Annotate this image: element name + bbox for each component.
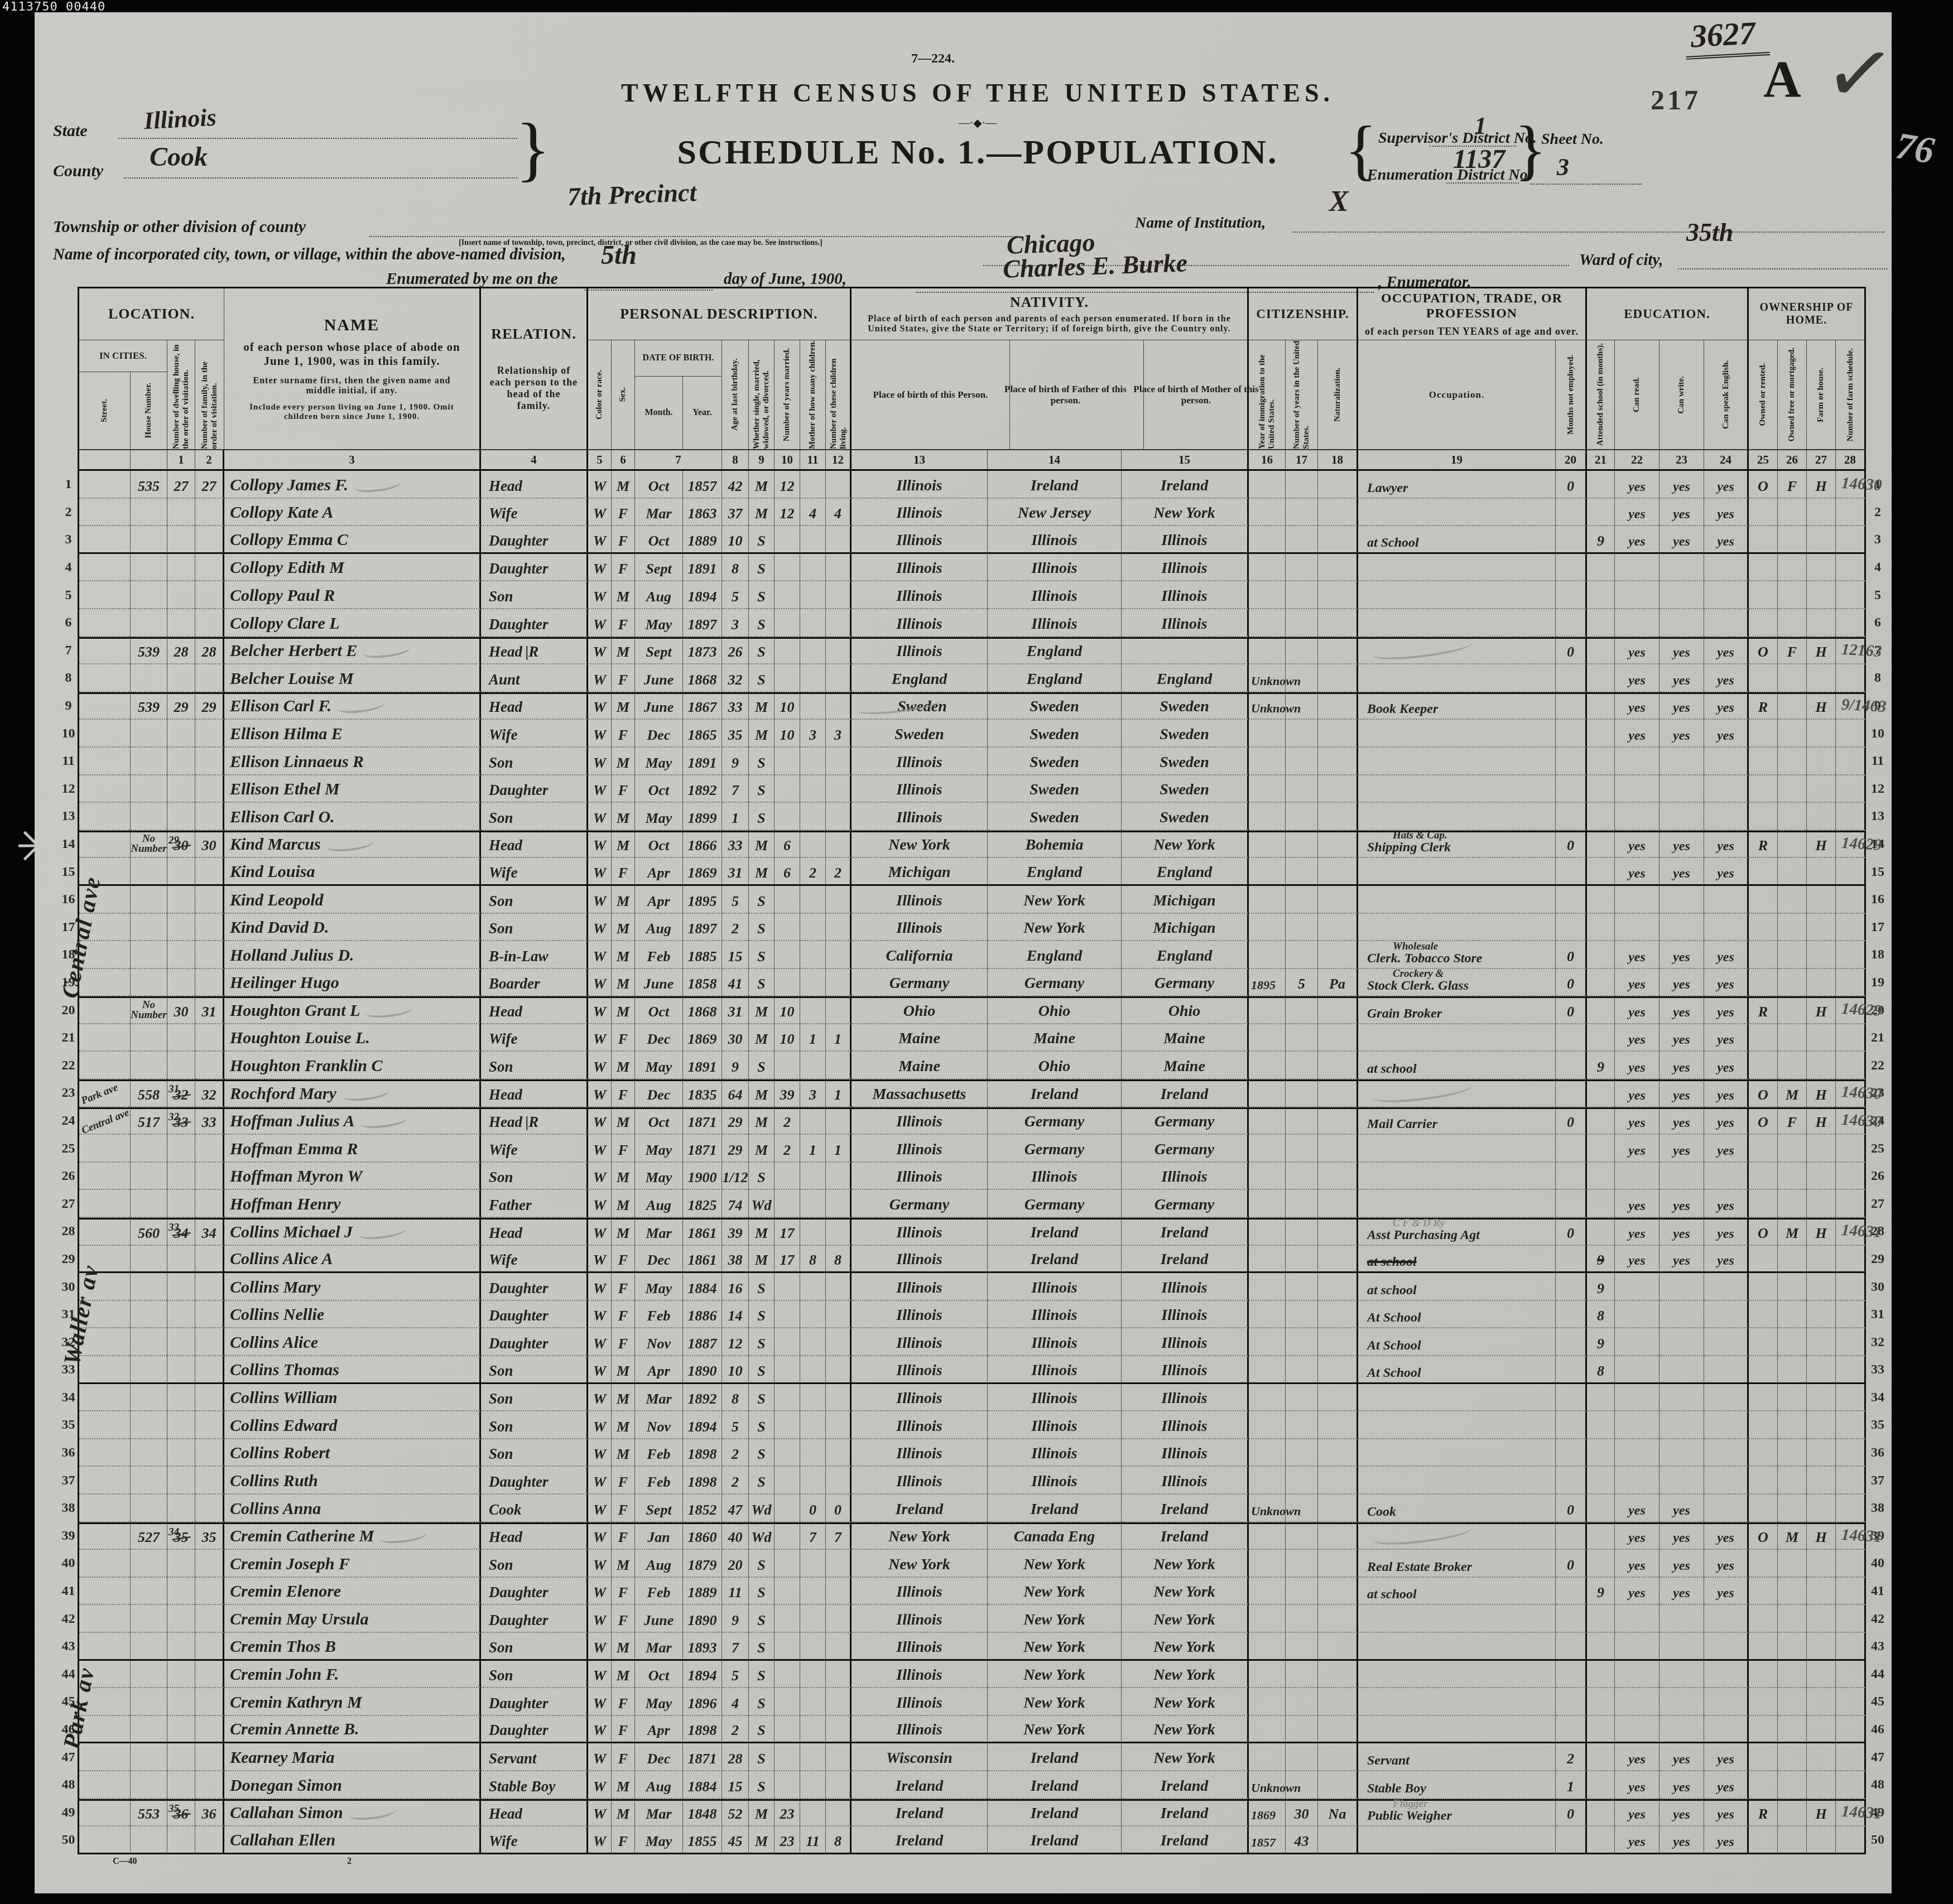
cell-occupation: at school [1358,1052,1556,1079]
cell-birthplace-father: Ireland [988,1743,1122,1771]
cell-years-in-us [1286,1163,1318,1190]
cell-relation: Head |R [481,637,588,665]
cell-sex: M [612,1799,635,1827]
cell-immigration-year [1249,1467,1286,1495]
cell-house-number [131,1633,167,1661]
cell-marital-status: S [749,554,775,582]
owned-rented-col-label: Owned or rented. [1749,340,1778,449]
cell-marital-status: M [749,858,775,886]
cell-color-race: W [588,1328,612,1356]
cell-naturalization [1318,1743,1358,1771]
street-name-diagonal: Central ave [80,1107,131,1137]
cell-birthplace-mother: New York [1122,1743,1249,1771]
cell-house-number [131,886,167,914]
cell-family-number [195,748,224,775]
cell-can-speak-english [1704,914,1749,942]
cell-farm-house [1807,914,1836,942]
cell-can-speak-english: yes [1704,526,1749,554]
attended-school-col-label: Attended school (in months). [1587,340,1615,449]
cell-years-married [775,803,800,831]
cell-family-number [195,720,224,748]
sheet-letter: A [1763,49,1801,109]
column-number: 2 [195,450,224,471]
cell-birth-month: May [635,748,683,775]
cell-age: 4 [722,1688,749,1716]
cell-house-number [131,1661,167,1689]
cell-can-write: yes [1659,1135,1704,1163]
cell-owned-rented [1749,1605,1778,1633]
cell-birthplace-mother: Ireland [1122,1079,1249,1107]
name-group-note1: Enter surname first, then the given name… [240,376,464,396]
cell-family-number [195,1633,224,1661]
cell-family-number [195,1052,224,1079]
cell-years-in-us [1286,1024,1318,1052]
cell-farm-schedule [1836,1495,1866,1522]
cell-dwelling-number [167,720,195,748]
cell-dwelling-number [167,554,195,582]
cell-can-write [1659,1411,1704,1439]
cell-name: Cremin Catherine M [224,1522,481,1550]
row-number-left: 7 [59,637,79,665]
institution-rule [1293,231,1884,233]
cell-farm-house: H [1807,692,1836,720]
cell-mother-of-children [800,1661,826,1689]
cell-birthplace-mother: Ireland [1122,1495,1249,1522]
cell-birth-year: 1884 [683,1273,722,1301]
cell-birth-year: 1899 [683,803,722,831]
cell-family-number [195,1716,224,1744]
cell-age: 12 [722,1328,749,1356]
row-number-left: 9 [59,692,79,720]
row-number-right: 34 [1866,1384,1889,1412]
column-group-education: EDUCATION. [1587,287,1749,340]
cell-family-number: 31 [195,996,224,1024]
row-number-left: 13 [59,803,79,831]
cell-relation: Head [481,1079,588,1107]
scrib [1372,1520,1473,1549]
cell-house-number: NoNumber [131,996,167,1024]
cell-attended-school [1587,748,1615,775]
column-number [79,450,131,471]
cell-birthplace-father: Ohio [988,996,1122,1024]
cell-naturalization [1318,1771,1358,1799]
cell-farm-schedule [1836,1771,1866,1799]
cell-house-number [131,526,167,554]
cell-can-speak-english [1704,1633,1749,1661]
cell-house-number [131,969,167,997]
cell-mother-of-children [800,1743,826,1771]
cell-color-race: W [588,609,612,637]
cell-birthplace-person: Illinois [852,1107,988,1135]
cell-family-number [195,1163,224,1190]
row-number-left: 36 [59,1439,79,1467]
state-rule [118,137,517,139]
cell-color-race: W [588,1605,612,1633]
cell-mother-of-children: 7 [800,1522,826,1550]
cell-occupation: Real Estate Broker [1358,1550,1556,1578]
color-col-label: Color or race. [588,340,612,449]
cell-sex: M [612,803,635,831]
cell-free-mortgaged [1778,1356,1807,1384]
cell-years-in-us [1286,720,1318,748]
cell-name: Collins Mary [224,1273,481,1301]
occupation-text: Public Weigher [1367,1809,1452,1823]
cell-birthplace-mother: England [1122,941,1249,969]
cell-immigration-year: Unknown [1249,692,1286,720]
cell-dwelling-number [167,858,195,886]
cell-months-unemployed [1556,526,1587,554]
cell-children-living [826,1799,852,1827]
column-number: 12 [826,450,852,471]
cell-birthplace-person: Illinois [852,775,988,803]
cell-farm-house [1807,1578,1836,1606]
row-number-left: 25 [59,1135,79,1163]
cell-months-unemployed [1556,1246,1587,1274]
cell-naturalization [1318,1356,1358,1384]
row-number-left: 1 [59,471,79,499]
cell-color-race: W [588,637,612,665]
cell-color-race: W [588,1384,612,1412]
cell-name: Collopy Clare L [224,609,481,637]
cell-sex: F [612,1024,635,1052]
cell-children-living [826,581,852,609]
cell-birthplace-father: Maine [988,1024,1122,1052]
cell-birthplace-person: Illinois [852,1328,988,1356]
cell-color-race: W [588,775,612,803]
cell-farm-schedule [1836,1024,1866,1052]
cell-birthplace-father: Bohemia [988,831,1122,859]
cell-birth-year: 1869 [683,1024,722,1052]
sheet-rule [1530,183,1642,185]
cell-birth-year: 1889 [683,526,722,554]
cell-children-living [826,941,852,969]
cell-birth-year: 1869 [683,858,722,886]
cell-can-speak-english: yes [1704,1107,1749,1135]
cell-house-number [131,1024,167,1052]
cell-can-read [1615,886,1659,914]
cell-years-in-us [1286,748,1318,775]
cell-years-married [775,1356,800,1384]
cell-years-married: 17 [775,1218,800,1246]
margin-tally-number: 14629 [1841,1000,1882,1021]
cell-can-speak-english: yes [1704,1218,1749,1246]
cell-mother-of-children [800,1633,826,1661]
cell-birth-year: 1858 [683,969,722,997]
cell-marital-status: S [749,1328,775,1356]
cell-birth-month: Dec [635,1079,683,1107]
cell-months-unemployed: 0 [1556,471,1587,499]
cell-birthplace-mother: Illinois [1122,1439,1249,1467]
cell-attended-school [1587,969,1615,997]
relation-group-title: RELATION. [491,326,576,343]
cell-birthplace-person: Illinois [852,581,988,609]
cell-birthplace-person: Illinois [852,1218,988,1246]
cell-can-write: yes [1659,996,1704,1024]
cell-birthplace-mother: Sweden [1122,775,1249,803]
cell-mother-of-children [800,1163,826,1190]
row-number-left: 24 [59,1107,79,1135]
cell-can-speak-english: yes [1704,831,1749,859]
cell-naturalization [1318,554,1358,582]
cell-immigration-year [1249,748,1286,775]
cell-sex: M [612,581,635,609]
cell-age: 1 [722,803,749,831]
cell-years-married [775,1633,800,1661]
cell-dwelling-number [167,1826,195,1854]
footer-print-code2: 2 [347,1857,352,1867]
cell-marital-status: S [749,1633,775,1661]
cell-immigration-year [1249,526,1286,554]
cell-house-number [131,775,167,803]
cell-birthplace-mother: Sweden [1122,803,1249,831]
cell-birth-year: 1879 [683,1550,722,1578]
cell-immigration-year [1249,720,1286,748]
cell-color-race: W [588,803,612,831]
cell-house-number [131,1550,167,1578]
cell-children-living: 1 [826,1135,852,1163]
cell-immigration-year [1249,831,1286,859]
cell-months-unemployed [1556,720,1587,748]
cell-birth-year: 1861 [683,1246,722,1274]
cell-immigration-year [1249,1107,1286,1135]
cell-can-speak-english [1704,803,1749,831]
cell-farm-house [1807,1495,1836,1522]
cell-marital-status: S [749,637,775,665]
cell-free-mortgaged [1778,1661,1807,1689]
cell-can-write [1659,1716,1704,1744]
cell-children-living [826,1550,852,1578]
cell-children-living [826,1661,852,1689]
cell-attended-school [1587,471,1615,499]
cell-house-number [131,1826,167,1854]
cell-street [79,581,131,609]
cell-birthplace-mother: Ireland [1122,1826,1249,1854]
cell-can-read: yes [1615,1190,1659,1218]
cell-age: 5 [722,581,749,609]
cell-owned-rented: R [1749,996,1778,1024]
cell-color-race: W [588,1716,612,1744]
cell-dwelling-number: 3536 [167,1799,195,1827]
cell-birth-year: 1894 [683,1661,722,1689]
cell-attended-school: 9 [1587,526,1615,554]
cell-can-read [1615,803,1659,831]
cell-marital-status: M [749,1826,775,1854]
cell-mother-of-children [800,1688,826,1716]
cell-birthplace-father: New York [988,1633,1122,1661]
sheet-label: Sheet No. [1541,131,1604,148]
cell-family-number [195,1356,224,1384]
cell-can-write: yes [1659,1079,1704,1107]
cell-house-number: 553 [131,1799,167,1827]
cell-dwelling-number [167,1550,195,1578]
cell-months-unemployed [1556,1356,1587,1384]
cell-marital-status: M [749,499,775,527]
row-number-left: 23 [59,1079,79,1107]
cell-street [79,720,131,748]
cell-relation: Wife [481,1826,588,1854]
cell-birth-month: Aug [635,1190,683,1218]
cell-birthplace-person: Illinois [852,554,988,582]
cell-years-married [775,969,800,997]
county-label: County [53,162,103,181]
cell-birthplace-father: New Jersey [988,499,1122,527]
cell-can-write [1659,803,1704,831]
cell-birthplace-mother: England [1122,664,1249,692]
cell-immigration-year [1249,499,1286,527]
cell-birthplace-father: Germany [988,1135,1122,1163]
cell-free-mortgaged [1778,692,1807,720]
cell-birth-month: Oct [635,526,683,554]
cell-years-in-us [1286,1301,1318,1329]
cell-age: 29 [722,1107,749,1135]
cell-immigration-year [1249,637,1286,665]
cell-farm-schedule [1836,664,1866,692]
immigration-year-col-label: Year of immigration to the United States… [1249,340,1286,449]
cell-owned-rented [1749,1301,1778,1329]
cell-birthplace-mother: Ireland [1122,1218,1249,1246]
occupation-text: at school [1367,1588,1417,1601]
cell-birth-year: 1867 [683,692,722,720]
cell-birth-month: Oct [635,831,683,859]
cell-birth-month: Aug [635,1550,683,1578]
cell-can-write: yes [1659,471,1704,499]
cell-birthplace-father: Illinois [988,1301,1122,1329]
in-cities-label: IN CITIES. [79,340,167,372]
cell-color-race: W [588,499,612,527]
cell-birthplace-mother: Sweden [1122,720,1249,748]
cell-naturalization [1318,1079,1358,1107]
scrib [325,835,374,854]
cell-farm-house: H [1807,1079,1836,1107]
margin-tally-number: 14631 [1841,1802,1882,1823]
cell-can-write: yes [1659,1799,1704,1827]
occupation-text: Servant [1367,1754,1410,1767]
row-number-right: 13 [1866,803,1889,831]
cell-color-race: W [588,1633,612,1661]
cell-months-unemployed: 1 [1556,1771,1587,1799]
cell-free-mortgaged [1778,1024,1807,1052]
cell-birth-year: 1861 [683,1218,722,1246]
cell-mother-of-children: 3 [800,720,826,748]
cell-farm-schedule [1836,526,1866,554]
cell-occupation [1358,886,1556,914]
cell-birthplace-person: Illinois [852,803,988,831]
cell-naturalization [1318,775,1358,803]
cell-attended-school [1587,1688,1615,1716]
cell-mother-of-children: 2 [800,858,826,886]
cell-can-read: yes [1615,1107,1659,1135]
cell-birthplace-mother: Illinois [1122,1384,1249,1412]
column-number: 17 [1286,450,1318,471]
cell-birthplace-person: New York [852,1522,988,1550]
cell-attended-school [1587,1218,1615,1246]
farm-house-col-label: Farm or house. [1807,340,1836,449]
cell-years-in-us [1286,996,1318,1024]
left-gutter-spacer [59,287,79,471]
cell-birthplace-mother: Ireland [1122,471,1249,499]
cell-owned-rented: O [1749,1522,1778,1550]
cell-birthplace-father: New York [988,1605,1122,1633]
birth-person-col-label: Place of birth of this Person. [852,340,1010,449]
cell-birthplace-mother: New York [1122,1661,1249,1689]
cell-relation: Daughter [481,609,588,637]
row-number-left: 28 [59,1218,79,1246]
cell-birth-month: Apr [635,886,683,914]
cell-birthplace-father: Illinois [988,1356,1122,1384]
cell-years-married [775,1411,800,1439]
cell-naturalization [1318,803,1358,831]
cell-birthplace-father: Ireland [988,1826,1122,1854]
cell-owned-rented [1749,664,1778,692]
cell-farm-house [1807,1439,1836,1467]
cell-street [79,692,131,720]
row-number-left: 27 [59,1190,79,1218]
cell-months-unemployed: 0 [1556,1218,1587,1246]
cell-birth-year: 1868 [683,996,722,1024]
cell-sex: F [612,1079,635,1107]
scrib [353,475,402,494]
cell-birthplace-person: Illinois [852,1716,988,1744]
cell-immigration-year [1249,1578,1286,1606]
cell-naturalization [1318,1052,1358,1079]
occupation-group-title: OCCUPATION, TRADE, OR PROFESSION [1366,291,1578,321]
cell-name: Cremin May Ursula [224,1605,481,1633]
cell-free-mortgaged [1778,914,1807,942]
cell-sex: F [612,1743,635,1771]
district-brace-close: } [1514,112,1547,189]
cell-can-write [1659,886,1704,914]
cell-mother-of-children [800,1716,826,1744]
cell-name: Collins William [224,1384,481,1412]
cell-age: 2 [722,914,749,942]
cell-birthplace-father: Illinois [988,1273,1122,1301]
column-number: 7 [635,450,722,471]
cell-sex: F [612,1688,635,1716]
cell-months-unemployed [1556,1328,1587,1356]
cell-color-race: W [588,1135,612,1163]
cell-farm-house [1807,941,1836,969]
cell-marital-status: S [749,1384,775,1412]
cell-farm-schedule [1836,803,1866,831]
scrib [365,1001,414,1020]
column-group-citizenship: CITIZENSHIP. [1249,287,1358,340]
cell-attended-school [1587,1135,1615,1163]
row-number-left: 10 [59,720,79,748]
cell-family-number [195,941,224,969]
margin-tally-number: 14630 [1841,474,1882,495]
cell-farm-house [1807,775,1836,803]
occupation-text: Mail Carrier [1367,1117,1437,1131]
row-number-right: 11 [1866,748,1889,775]
cell-mother-of-children [800,1218,826,1246]
cell-farm-schedule [1836,554,1866,582]
cell-years-married [775,1661,800,1689]
cell-age: 2 [722,1716,749,1744]
cell-years-in-us [1286,914,1318,942]
cell-age: 11 [722,1578,749,1606]
cell-children-living [826,1163,852,1190]
street-name-diagonal: Park ave [79,1082,119,1107]
cell-free-mortgaged [1778,831,1807,859]
cell-naturalization [1318,914,1358,942]
margin-tally-number: 14631 [1841,1221,1882,1242]
attended-school-value: 9 [1597,1059,1604,1076]
cell-mother-of-children [800,471,826,499]
cell-marital-status: M [749,471,775,499]
cell-farm-house [1807,1024,1836,1052]
cell-attended-school [1587,831,1615,859]
cell-can-speak-english [1704,775,1749,803]
